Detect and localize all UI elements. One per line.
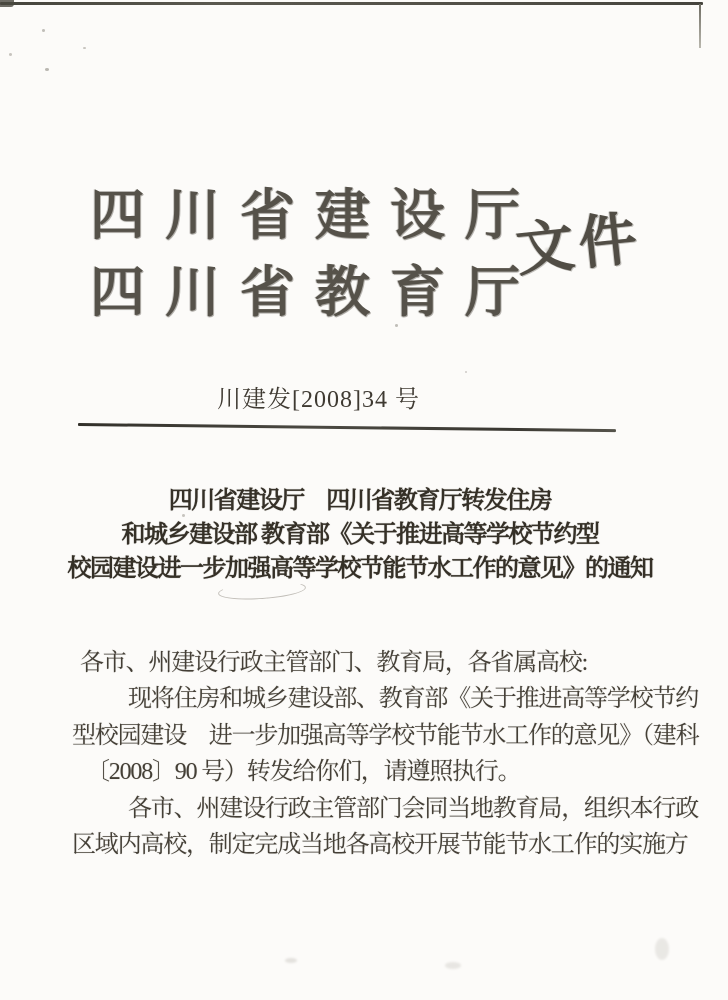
title-line-3: 校园建设进一步加强高等学校节能节水工作的意见》的通知: [30, 552, 690, 586]
body-line: 各市、州建设行政主管部门会同当地教育局，组织本行政: [80, 791, 728, 827]
title-line-1: 四川省建设厅 四川省教育厅转发住房: [30, 484, 690, 518]
scan-smudge: [445, 962, 461, 969]
letterhead-org-line-1: 四川省建设厅: [90, 188, 540, 243]
scan-speck: [395, 324, 398, 327]
scan-smudge: [285, 958, 297, 963]
body-salutation-line: 各市、州建设行政主管部门、教育局，各省属高校:: [80, 645, 728, 681]
body-line: 型校园建设 进一步加强高等学校节能节水工作的意见》（建科: [72, 718, 728, 754]
scan-smudge: [545, 248, 550, 252]
scan-speck: [267, 521, 270, 523]
scan-speck: [83, 47, 86, 49]
scan-top-edge-line: [0, 2, 703, 5]
scan-corner-blob: [0, 0, 14, 7]
header-divider-rule: [78, 423, 616, 432]
scanned-document-page: 四川省建设厅 四川省教育厅 文件 川建发[2008]34 号 四川省建设厅 四川…: [0, 0, 728, 1000]
scan-speck: [182, 514, 185, 517]
document-body: 各市、州建设行政主管部门、教育局，各省属高校: 现将住房和城乡建设部、教育部《关…: [80, 645, 728, 863]
body-line: 〔2008〕90 号）转发给你们，请遵照执行。: [86, 754, 728, 790]
scan-speck: [42, 29, 45, 32]
letterhead-doc-type-label: 文件: [513, 210, 644, 281]
scan-speck: [45, 68, 49, 71]
scan-speck: [9, 53, 12, 56]
body-line: 区域内高校，制定完成当地各高校开展节能节水工作的实施方: [72, 827, 728, 863]
letterhead-org-line-2: 四川省教育厅: [90, 265, 540, 320]
scan-page-edge-line: [699, 4, 701, 48]
title-line-2: 和城乡建设部 教育部《关于推进高等学校节约型: [30, 518, 690, 552]
document-reference-number: 川建发[2008]34 号: [217, 379, 420, 414]
scan-speck: [465, 371, 467, 373]
body-line: 现将住房和城乡建设部、教育部《关于推进高等学校节约: [80, 681, 728, 717]
scan-smudge: [655, 938, 669, 960]
document-title: 四川省建设厅 四川省教育厅转发住房 和城乡建设部 教育部《关于推进高等学校节约型…: [30, 484, 690, 586]
